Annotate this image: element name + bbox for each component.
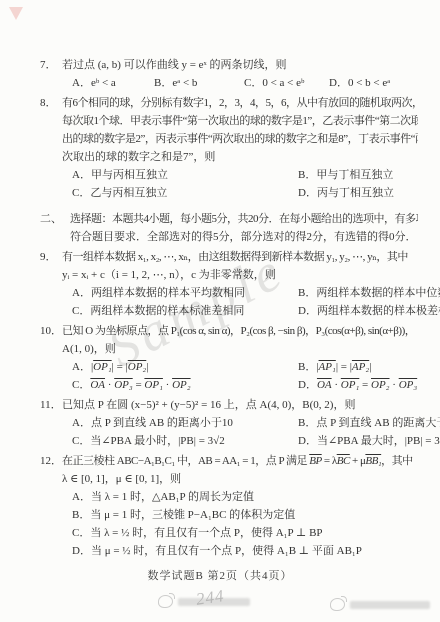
options-row: A．|OP₁| = |OP₂| B．|AP₁| = |AP₂| <box>62 358 418 376</box>
option-c: C．乙与丙相互独立 <box>72 184 298 202</box>
question-stem-line: 已知点 P 在圆 (x−5)² + (y−5)² = 16 上，点 A(4, 0… <box>62 396 418 414</box>
option-c: C．当 λ = ½ 时，有且仅有一个点 P，使得 A₁P ⊥ BP <box>62 524 418 542</box>
question-stem-line: 每次取1个球．甲表示事件“第一次取出的球的数字是1”，乙表示事件“第二次取 <box>62 112 418 130</box>
option-c: C．0 < a < eᵇ <box>244 74 329 92</box>
option-d: D．OA · OP₁ = OP₂ · OP₃ <box>298 376 417 394</box>
options-row: C．OA · OP₃ = OP₁ · OP₂ D．OA · OP₁ = OP₂ … <box>62 376 418 394</box>
vector-expression: OP₁ <box>341 379 360 391</box>
vector-expression: OA <box>90 379 105 391</box>
vector-expression: BP <box>309 455 321 467</box>
option-d: D．当∠PBA 最大时，|PB| = 3√2 <box>298 432 440 450</box>
question-7: 7． 若过点 (a, b) 可以作曲线 y = eˣ 的两条切线，则 A．eᵇ … <box>40 56 418 92</box>
question-stem-line: λ ∈ [0, 1]，μ ∈ [0, 1]，则 <box>62 470 418 488</box>
page-footer: 数学试题B 第2页（共4页） <box>0 567 440 583</box>
exam-paper-page: Sample 7． 若过点 (a, b) 可以作曲线 y = eˣ 的两条切线，… <box>0 0 440 622</box>
option-a: A．当 λ = 1 时，△AB₁P 的周长为定值 <box>62 488 418 506</box>
question-8: 8． 有6个相同的球，分别标有数字1，2，3，4，5，6，从中有放回的随机取两次… <box>40 94 418 202</box>
option-a: A．甲与丙相互独立 <box>72 166 298 184</box>
options-row: C．乙与丙相互独立 D．丙与丁相互独立 <box>62 184 418 202</box>
option-a: A．两组样本数据的样本平均数相同 <box>72 284 298 302</box>
option-d: D．当 μ = ½ 时，有且仅有一个点 P，使得 A₁B ⊥ 平面 AB₁P <box>62 542 418 560</box>
page-content: 7． 若过点 (a, b) 可以作曲线 y = eˣ 的两条切线，则 A．eᵇ … <box>40 56 418 562</box>
section-2-header: 二、 选择题：本题共4小题，每小题5分，共20分．在每小题给出的选项中，有多项 … <box>40 210 418 246</box>
option-b: B．点 P 到直线 AB 的距离大于2 <box>298 414 440 432</box>
options-row: C．当∠PBA 最小时，|PB| = 3√2 D．当∠PBA 最大时，|PB| … <box>62 432 418 450</box>
vector-expression: OP₃ <box>114 379 133 391</box>
option-b: B．eᵃ < b <box>154 74 244 92</box>
question-number: 10． <box>40 322 62 340</box>
vector-expression: OP₁ <box>93 361 112 373</box>
question-number: 7． <box>40 56 57 74</box>
section-header-line: 选择题：本题共4小题，每小题5分，共20分．在每小题给出的选项中，有多项 <box>70 210 418 228</box>
question-stem-line: 出的球的数字是2”，丙表示事件“两次取出的球的数字之和是8”，丁表示事件“两 <box>62 130 418 148</box>
question-stem-line: 有6个相同的球，分别标有数字1，2，3，4，5，6，从中有放回的随机取两次， <box>62 94 418 112</box>
options-row: C．两组样本数据的样本标准差相同 D．两组样本数据的样本极差相同 <box>62 302 418 320</box>
question-11: 11． 已知点 P 在圆 (x−5)² + (y−5)² = 16 上，点 A(… <box>40 396 418 450</box>
vector-expression: OP₂ <box>128 361 147 373</box>
vector-expression: AP₂ <box>352 361 369 373</box>
option-d: D．丙与丁相互独立 <box>298 184 394 202</box>
option-a: A．点 P 到直线 AB 的距离小于10 <box>72 414 298 432</box>
red-annotation-mark-icon <box>9 7 23 20</box>
weibo-watermark-right <box>330 598 430 611</box>
vector-expression: AP₁ <box>319 361 336 373</box>
option-d: D．0 < b < eᵃ <box>329 74 390 92</box>
watermark-blurred-text <box>178 598 250 606</box>
vector-expression: BC <box>337 455 350 467</box>
question-stem-line: 次取出的球的数字之和是7”，则 <box>62 148 418 166</box>
option-d: D．两组样本数据的样本极差相同 <box>298 302 440 320</box>
section-header-line: 符合题目要求．全部选对的得5分，部分选对的得2分，有选错的得0分． <box>70 228 418 246</box>
weibo-watermark-left <box>158 595 250 608</box>
weibo-logo-icon <box>330 598 345 611</box>
question-stem-line: 在正三棱柱 ABC−A₁B₁C₁ 中，AB = AA₁ = 1，点 P 满足 B… <box>62 452 418 470</box>
weibo-logo-icon <box>158 595 173 608</box>
question-stem-line: A(1, 0)，则 <box>62 340 418 358</box>
vector-expression: OP₂ <box>371 379 390 391</box>
options-row: A．两组样本数据的样本平均数相同 B．两组样本数据的样本中位数相同 <box>62 284 418 302</box>
question-9: 9． 有一组样本数据 x₁, x₂, ⋯, xₙ，由这组数据得到新样本数据 y₁… <box>40 248 418 320</box>
option-c: C．OA · OP₃ = OP₁ · OP₂ <box>72 376 298 394</box>
option-c: C．当∠PBA 最小时，|PB| = 3√2 <box>72 432 298 450</box>
question-stem-line: 已知 O 为坐标原点，点 P₁(cos α, sin α)，P₂(cos β, … <box>62 322 418 340</box>
section-number: 二、 <box>40 210 62 228</box>
question-stem-line: yᵢ = xᵢ + c（i = 1, 2, ⋯, n），c 为非零常数，则 <box>62 266 418 284</box>
question-stem-line: 有一组样本数据 x₁, x₂, ⋯, xₙ，由这组数据得到新样本数据 y₁, y… <box>62 248 418 266</box>
question-number: 9． <box>40 248 57 266</box>
watermark-blurred-text <box>350 601 430 609</box>
option-b: B．两组样本数据的样本中位数相同 <box>298 284 440 302</box>
question-number: 11． <box>40 396 62 414</box>
option-b: B．|AP₁| = |AP₂| <box>298 358 371 376</box>
options-row: A．甲与丙相互独立 B．甲与丁相互独立 <box>62 166 418 184</box>
option-a: A．|OP₁| = |OP₂| <box>72 358 298 376</box>
options-row: A．eᵇ < a B．eᵃ < b C．0 < a < eᵇ D．0 < b <… <box>62 74 418 92</box>
vector-expression: OP₃ <box>399 379 418 391</box>
question-stem-line: 若过点 (a, b) 可以作曲线 y = eˣ 的两条切线，则 <box>62 56 418 74</box>
vector-expression: OP₂ <box>172 379 191 391</box>
option-b: B．甲与丁相互独立 <box>298 166 393 184</box>
vector-expression: OA <box>317 379 332 391</box>
option-b: B．当 μ = 1 时，三棱锥 P−A₁BC 的体积为定值 <box>62 506 418 524</box>
vector-expression: BB₁ <box>365 455 381 467</box>
options-row: A．点 P 到直线 AB 的距离小于10 B．点 P 到直线 AB 的距离大于2 <box>62 414 418 432</box>
vector-expression: OP₁ <box>144 379 163 391</box>
question-number: 8． <box>40 94 57 112</box>
question-number: 12． <box>40 452 62 470</box>
question-12: 12． 在正三棱柱 ABC−A₁B₁C₁ 中，AB = AA₁ = 1，点 P … <box>40 452 418 560</box>
question-10: 10． 已知 O 为坐标原点，点 P₁(cos α, sin α)，P₂(cos… <box>40 322 418 394</box>
option-c: C．两组样本数据的样本标准差相同 <box>72 302 298 320</box>
option-a: A．eᵇ < a <box>72 74 154 92</box>
